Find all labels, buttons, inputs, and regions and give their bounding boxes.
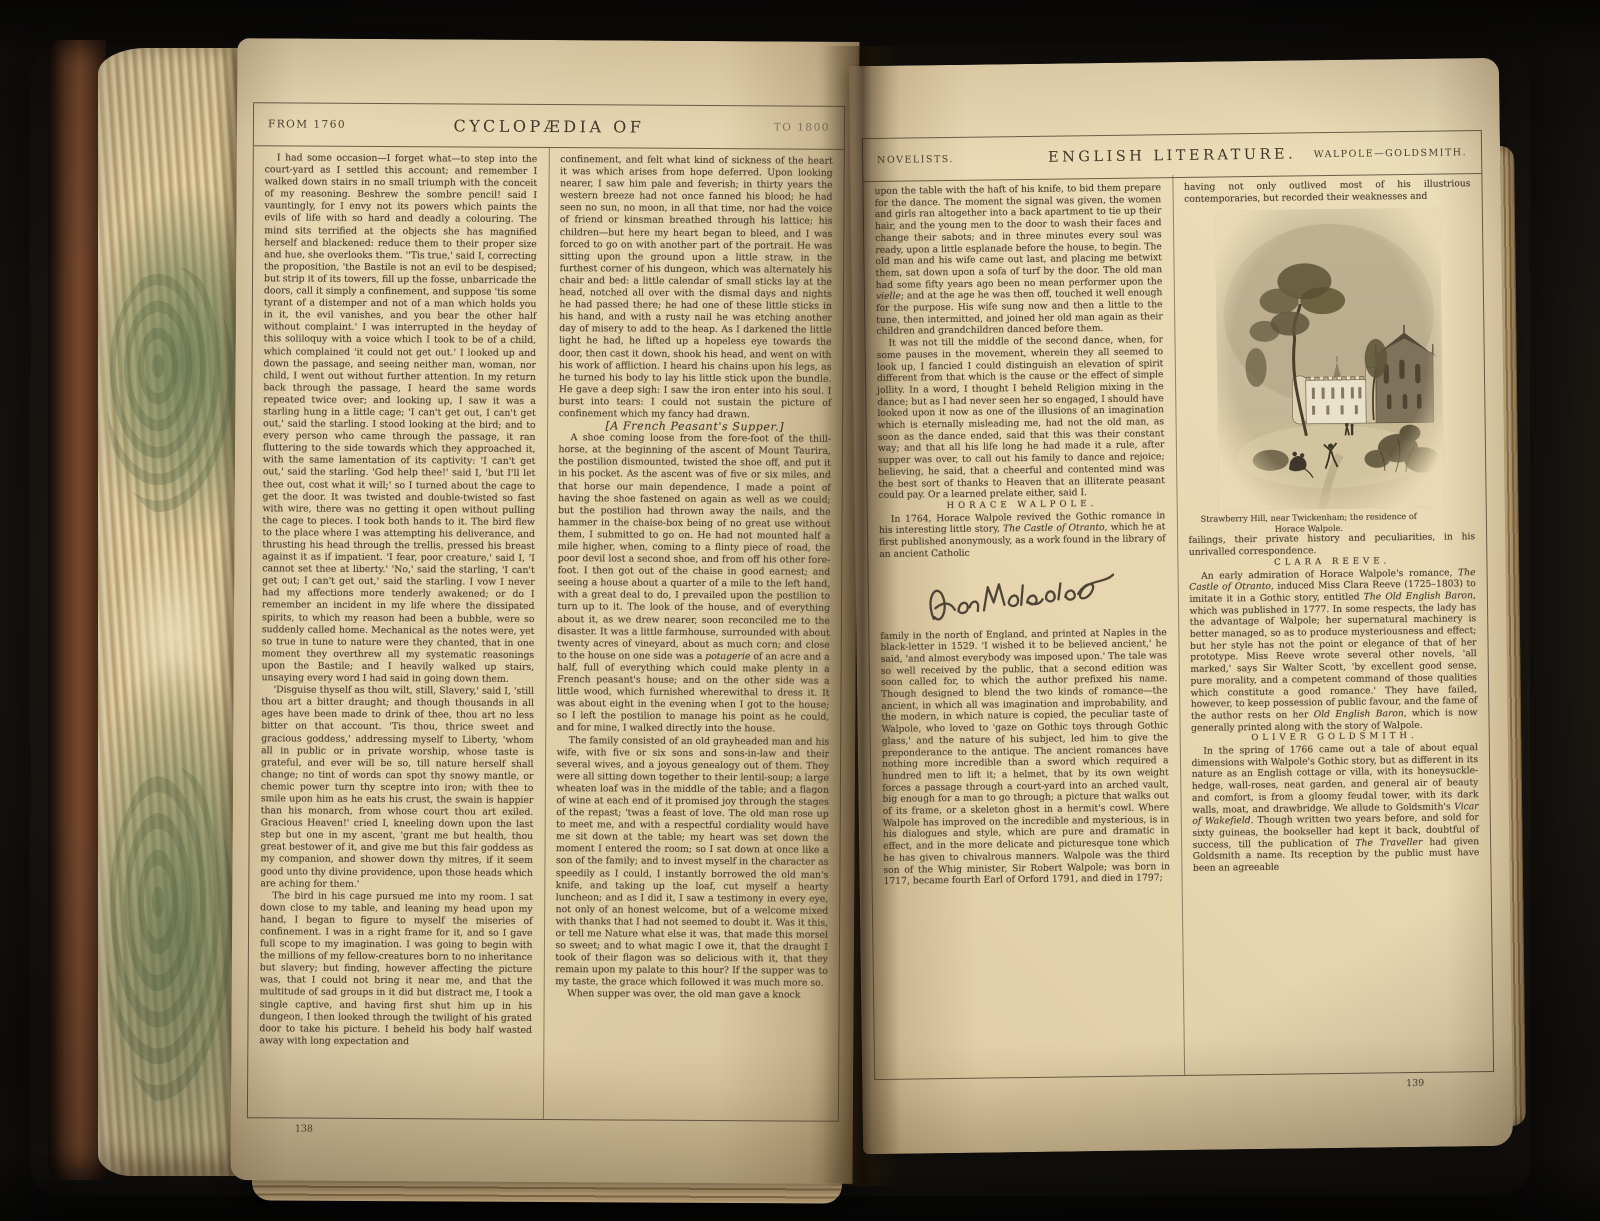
- strawberry-hill-engraving: [1193, 208, 1466, 511]
- left-page-rule-frame: FROM 1760 CYCLOPÆDIA OF TO 1800 I had so…: [247, 102, 845, 1122]
- paragraph: When supper was over, the old man gave a…: [555, 989, 828, 1003]
- paragraph: I had some occasion—I forget what—to ste…: [262, 152, 538, 686]
- right-page-columns: upon the table with the haft of his knif…: [863, 171, 1493, 1079]
- left-column-2: confinement, and felt what kind of sickn…: [542, 147, 843, 1121]
- open-book: FROM 1760 CYCLOPÆDIA OF TO 1800 I had so…: [48, 26, 1516, 1192]
- paragraph: In 1764, Horace Walpole revived the Goth…: [879, 510, 1166, 561]
- left-page: FROM 1760 CYCLOPÆDIA OF TO 1800 I had so…: [231, 38, 860, 1184]
- signature-ink-scrawl: [916, 555, 1131, 634]
- running-head-title: CYCLOPÆDIA OF: [254, 115, 844, 138]
- horace-walpole-signature: [879, 561, 1166, 629]
- paragraph-continuation: family in the north of England, and prin…: [880, 627, 1170, 888]
- book-photograph-scene: FROM 1760 CYCLOPÆDIA OF TO 1800 I had so…: [0, 0, 1600, 1221]
- paragraph-continuation: having not only outlived most of his ill…: [1184, 178, 1471, 205]
- paragraph-continuation: upon the table with the haft of his knif…: [874, 182, 1162, 338]
- right-page-rule-frame: NOVELISTS. ENGLISH LITERATURE. WALPOLE—G…: [862, 130, 1494, 1080]
- paragraph: The family consisted of an old grayheade…: [555, 735, 829, 991]
- right-page: NOVELISTS. ENGLISH LITERATURE. WALPOLE—G…: [849, 58, 1513, 1154]
- paragraph: It was not till the middle of the second…: [876, 334, 1165, 502]
- left-running-head: FROM 1760 CYCLOPÆDIA OF TO 1800: [254, 103, 844, 150]
- paragraph: In the spring of 1766 came out a tale of…: [1191, 742, 1479, 874]
- running-head-right: TO 1800: [774, 121, 830, 133]
- paragraph: An early admiration of Horace Walpole's …: [1189, 567, 1478, 735]
- engraving-vignette-fade: [1215, 208, 1444, 511]
- page-number-138: 138: [295, 1123, 313, 1134]
- left-column-1: I had some occasion—I forget what—to ste…: [248, 145, 548, 1119]
- running-head-title: ENGLISH LITERATURE.: [863, 144, 1481, 168]
- paragraph-continuation: confinement, and felt what kind of sickn…: [559, 154, 833, 422]
- page-number-139: 139: [1406, 1078, 1424, 1089]
- right-column-1: upon the table with the haft of his knif…: [863, 175, 1183, 1079]
- paragraph: The bird in his cage pursued me into my …: [259, 890, 532, 1049]
- paragraph: A shoe coming loose from the fore-foot o…: [557, 432, 831, 736]
- paragraph: 'Disguise thyself as thou wilt, still, S…: [260, 684, 534, 891]
- marble-vein-upper: [106, 266, 236, 516]
- right-column-2: having not only outlived most of his ill…: [1172, 171, 1493, 1075]
- left-page-columns: I had some occasion—I forget what—to ste…: [248, 145, 844, 1121]
- marble-vein-lower: [106, 766, 236, 1106]
